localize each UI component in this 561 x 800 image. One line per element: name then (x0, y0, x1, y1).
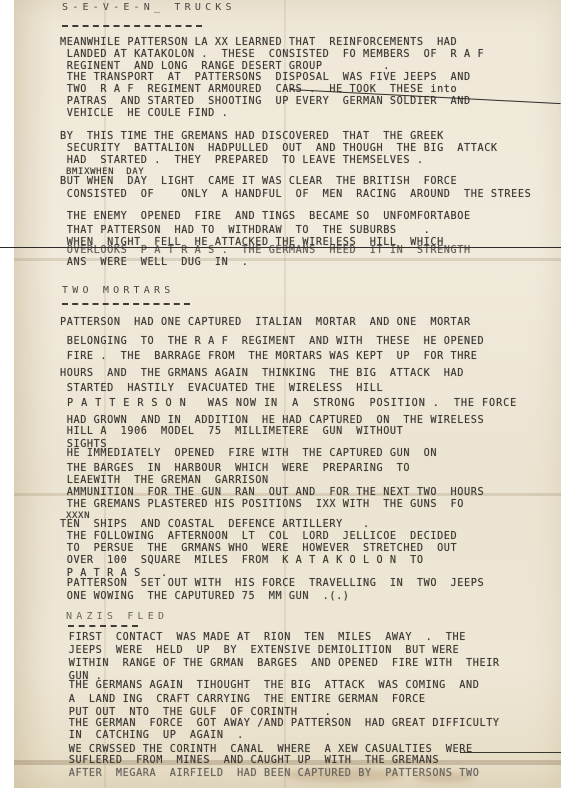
text-line: BY THIS TIME THE GREMANS HAD DISCOVERED … (60, 131, 444, 143)
text-line: ONE WOWING THE CAPUTURED 75 MM GUN .(.) (60, 591, 350, 603)
text-line: ANS WERE WELL DUG IN . (60, 257, 249, 269)
text-line: TO PERSUE THE GRMANS WHO WERE HOWEVER ST… (60, 543, 457, 555)
text-line: AMMUNITION FOR THE GUN RAN OUT AND FOR T… (60, 487, 484, 499)
text-line: FIRST CONTACT WAS MADE AT RION TEN MILES… (62, 632, 466, 644)
text-line: LANDED AT KATAKOLON . THESE CONSISTED FO… (60, 49, 484, 61)
text-line: BUT WHEN DAY LIGHT CAME IT WAS CLEAR THE… (60, 176, 457, 188)
heading-underline (62, 303, 190, 305)
heading-underline (62, 25, 202, 27)
text-line: STARTED HASTILY EVACUATED THE WIRELESS H… (60, 383, 383, 395)
text-line: PATTERSON HAD ONE CAPTURED ITALIAN MORTA… (60, 317, 471, 329)
text-line: HILL A 1906 MODEL 75 MILLIMETERE GUN WIT… (60, 426, 403, 438)
section-heading-seven-trucks: S-E-V-E-N_ TRUCKS (62, 2, 236, 13)
text-line: THE BARGES IN HARBOUR WHICH WERE PREPARI… (60, 463, 410, 475)
text-line: AFTER MEGARA AIRFIELD HAD BEEN CAPTURED … (62, 768, 479, 780)
text-line: THE GERMANS AGAIN TIHOUGHT THE BIG ATTAC… (62, 680, 479, 692)
text-line: P A T T E R S O N WAS NOW IN A STRONG PO… (60, 398, 517, 410)
text-line: THE ENEMY OPENED FIRE AND TINGS BECAME S… (60, 211, 471, 223)
text-line: CONSISTED OF ONLY A HANDFUL OF MEN RACIN… (60, 189, 531, 201)
text-line: SUFLERED FROM MINES AND CAUGHT UP WITH T… (62, 755, 439, 767)
text-line: PATTERSON SET OUT WITH HIS FORCE TRAVELL… (60, 578, 484, 590)
section-heading-nazis-fled: NAZIS FLED (66, 611, 168, 622)
text-line: TEN SHIPS AND COASTAL DEFENCE ARTILLERY … (60, 519, 370, 531)
text-line: IN CATCHING UP AGAIN . (62, 730, 244, 742)
text-line: FIRE . THE BARRAGE FROM THE MORTARS WAS … (60, 351, 477, 363)
text-line: VEHICLE HE COULE FIND . (60, 108, 228, 120)
crease-line (0, 247, 561, 248)
text-line: HE IMMEDIATELY OPENED FIRE WITH THE CAPT… (60, 448, 437, 460)
text-line: THE FOLLOWING AFTERNOON LT COL LORD JELL… (60, 531, 457, 543)
text-line: SECURITY BATTALION HADPULLED OUT AND THO… (60, 143, 498, 155)
text-line: WITHIN RANGE OF THE GRMAN BARGES AND OPE… (62, 658, 500, 670)
text-line: THE GREMANS PLASTERED HIS POSITIONS IXX … (60, 499, 464, 511)
text-line: LEAEWITH THE GREMAN GARRISON (60, 475, 269, 487)
text-line: THE TRANSPORT AT PATTERSONS DISPOSAL WAS… (60, 72, 471, 84)
text-line: OVER 100 SQUARE MILES FROM K A T A K O L… (60, 555, 424, 567)
section-heading-two-mortars: TWO MORTARS (62, 285, 174, 296)
text-line: HOURS AND THE GRMANS AGAIN THINKING THE … (60, 368, 464, 380)
crease-line (460, 752, 561, 753)
text-line: THE GERMAN FORCE GOT AWAY /AND PATTERSON… (62, 718, 500, 730)
text-line: THAT PATTERSON HAD TO WITHDRAW TO THE SU… (60, 225, 430, 237)
heading-underline (68, 625, 138, 627)
text-line: PATRAS AND STARTED SHOOTING UP EVERY GER… (60, 96, 471, 108)
text-line: A LAND ING CRAFT CARRYING THE ENTIRE GER… (62, 694, 426, 706)
text-line: BELONGING TO THE R A F REGIMENT AND WITH… (60, 336, 484, 348)
text-line: MEANWHILE PATTERSON LA XX LEARNED THAT R… (60, 37, 457, 49)
text-line: JEEPS WERE HELD UP BY EXTENSIVE DEMIOLIT… (62, 645, 459, 657)
